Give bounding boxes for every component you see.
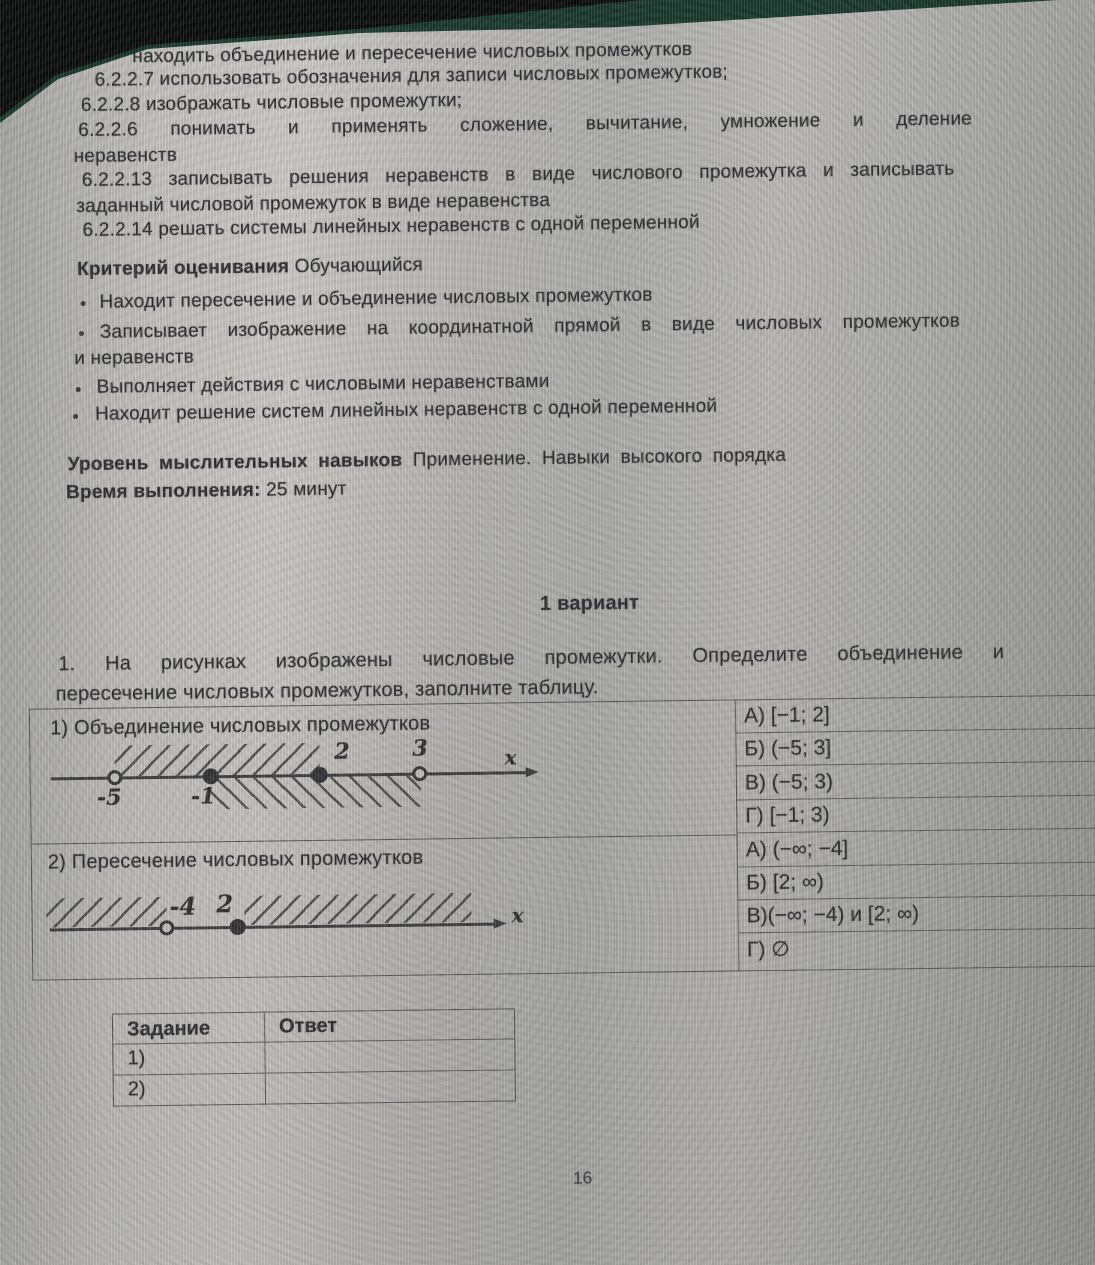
axis-tick-label: 3 xyxy=(412,735,428,761)
open-point xyxy=(107,770,122,785)
option-row: А) (−∞; −4] xyxy=(737,830,1095,868)
option-text: А) (−∞; −4] xyxy=(746,837,849,861)
part1-label: 1) Объединение числовых промежутков xyxy=(50,711,430,740)
answer-table-line xyxy=(114,1069,515,1075)
bullet-icon xyxy=(76,387,81,392)
axis-tick-label: -4 xyxy=(169,892,196,921)
photographed-worksheet: находить объединение и пересечение число… xyxy=(0,0,1095,1265)
option-text: В) (−5; 3) xyxy=(745,770,833,794)
axis-arrow-icon xyxy=(526,767,539,777)
axis-tick-label: -1 xyxy=(191,783,216,809)
variant-title: 1 вариант xyxy=(89,585,1089,622)
time-bold: Время выполнения: xyxy=(66,480,261,504)
axis-tick-label: 2 xyxy=(216,889,233,918)
paper-page: находить объединение и пересечение число… xyxy=(0,0,1095,1265)
option-text: Г) ∅ xyxy=(747,938,790,962)
axis-name-label: x xyxy=(511,903,523,927)
axis-arrow-icon xyxy=(494,918,507,928)
bullet-icon xyxy=(73,414,78,419)
option-row: Г) [−1; 3) xyxy=(736,796,1095,834)
criteria-bullet-cont: и неравенств xyxy=(74,346,194,372)
answer-header-answer: Ответ xyxy=(279,1015,337,1039)
option-text: Б) [2; ∞) xyxy=(746,870,824,894)
answer-table: Задание Ответ 1) 2) xyxy=(112,1008,516,1106)
criteria-bullet: Записывает изображение на координатной п… xyxy=(100,309,960,344)
option-row: Б) [2; ∞) xyxy=(737,863,1095,901)
open-point xyxy=(412,766,427,781)
bullet-icon xyxy=(81,301,86,306)
time-rest: 25 минут xyxy=(266,479,347,501)
option-row: А) [−1; 2] xyxy=(735,696,1095,734)
axis-tick-label: 2 xyxy=(334,739,350,765)
answer-header-task: Задание xyxy=(127,1017,210,1041)
answer-table-divider xyxy=(264,1013,266,1104)
option-row: В)(−∞; −4) и [2; ∞) xyxy=(737,896,1095,934)
option-row: Б) (−5; 3] xyxy=(735,729,1095,767)
level-rest: Применение. Навыки высокого порядка xyxy=(413,445,787,471)
part2-label: 2) Пересечение числовых промежутков xyxy=(48,846,424,875)
axis-tick-label: -5 xyxy=(97,784,122,810)
criteria-heading-bold: Критерий оценивания xyxy=(77,256,289,280)
option-row: В) (−5; 3) xyxy=(736,763,1095,801)
axis-name-label: x xyxy=(504,745,516,769)
table-row-divider xyxy=(32,834,737,844)
time-line: Время выполнения: 25 минут xyxy=(66,478,347,506)
level-line: Уровень мыслительных навыков Применение.… xyxy=(68,444,787,477)
hatch-interval-left xyxy=(46,897,166,928)
standards-line: 6.2.2.13 записывать решения неравенств в… xyxy=(82,158,955,193)
bullet-icon xyxy=(79,331,84,336)
closed-point xyxy=(203,768,219,784)
option-text: А) [−1; 2] xyxy=(744,703,830,727)
intervals-table: 1) Объединение числовых промежутков -5 -… xyxy=(29,695,1095,981)
criteria-heading: Критерий оценивания Обучающийся xyxy=(77,254,423,283)
page-number: 16 xyxy=(573,1166,593,1190)
criteria-bullet: Выполняет действия с числовыми неравенст… xyxy=(97,370,550,400)
option-text: Г) [−1; 3) xyxy=(745,803,830,827)
closed-point xyxy=(230,919,246,935)
closed-point xyxy=(312,767,328,783)
answer-row-label: 2) xyxy=(128,1078,146,1101)
criteria-heading-rest: Обучающийся xyxy=(295,255,424,278)
answer-row-label: 1) xyxy=(127,1047,145,1070)
standards-line: 6.2.2.8 изображать числовые промежутки; xyxy=(81,89,463,118)
option-text: В)(−∞; −4) и [2; ∞) xyxy=(746,902,919,927)
criteria-bullet: Находит пересечение и объединение числов… xyxy=(99,283,652,314)
task-line-1: 1. На рисунках изображены числовые проме… xyxy=(58,640,1004,676)
standards-line: неравенств xyxy=(73,144,177,169)
level-bold: Уровень мыслительных навыков xyxy=(68,450,403,475)
option-text: Б) (−5; 3] xyxy=(744,736,831,760)
hatch-interval-right xyxy=(244,893,471,925)
open-point xyxy=(159,920,174,935)
option-row: Г) ∅ xyxy=(738,929,1095,969)
criteria-bullet: Находит решение систем линейных неравенс… xyxy=(95,395,718,427)
